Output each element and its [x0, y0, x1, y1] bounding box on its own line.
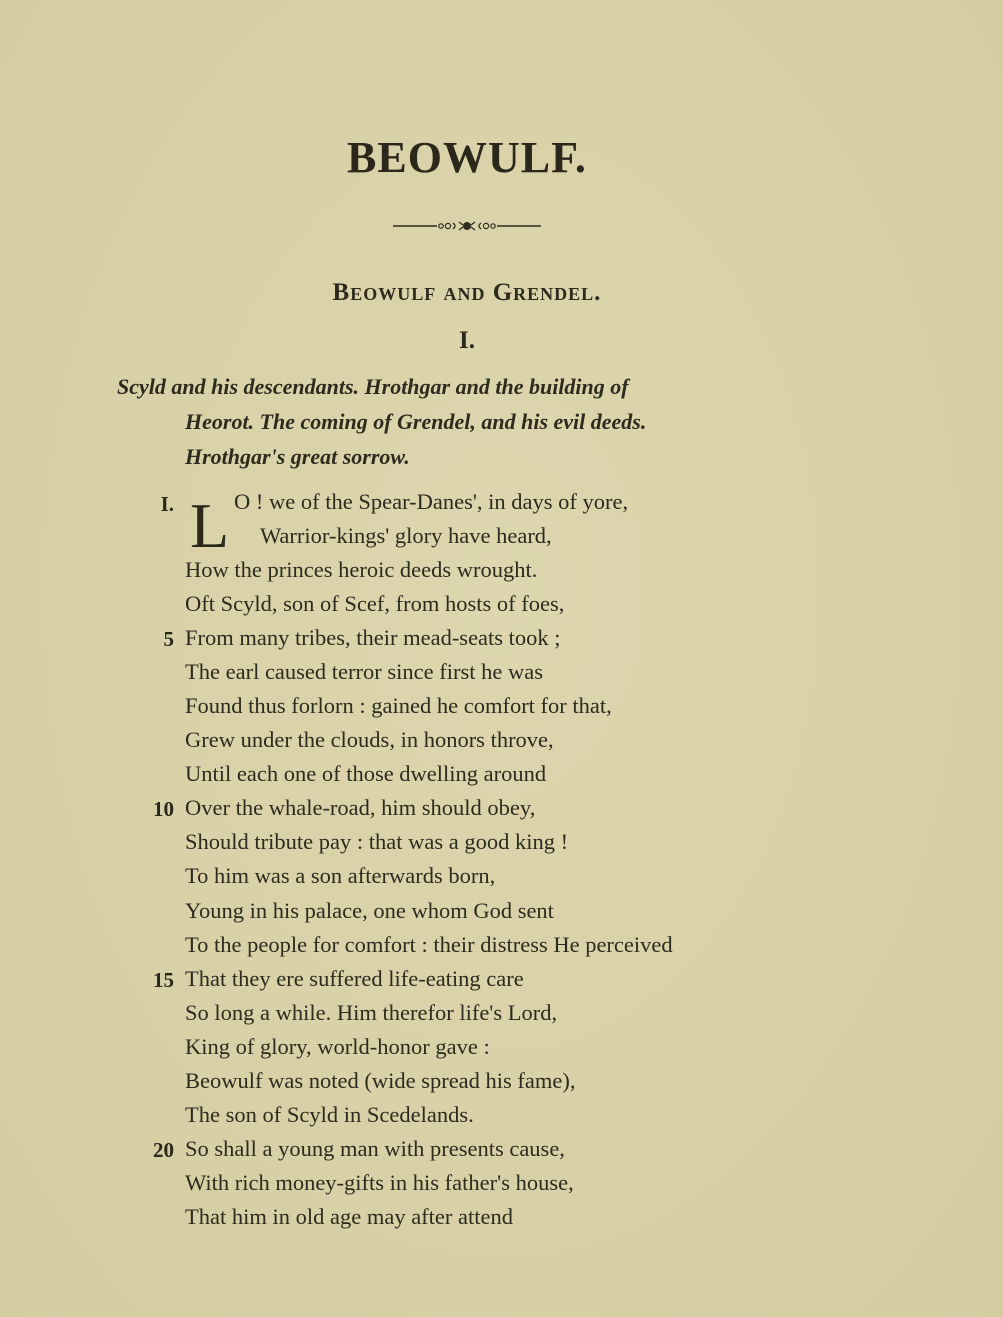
verse-line: From many tribes, their mead-seats took … — [185, 625, 561, 651]
line-number: 20 — [134, 1138, 174, 1163]
book-page: BEOWULF. Beowulf and Grendel. I. Scyld a… — [0, 0, 1003, 1317]
argument-line: Hrothgar's great sorrow. — [185, 444, 410, 470]
verse-line: To him was a son afterwards born, — [185, 863, 495, 889]
verse-line: Beowulf was noted (wide spread his fame)… — [185, 1068, 576, 1094]
chapter-heading: Beowulf and Grendel. — [0, 279, 934, 307]
drop-cap: L — [190, 494, 229, 558]
verse-line: So long a while. Him therefor life's Lor… — [185, 1000, 557, 1026]
verse-line: Young in his palace, one whom God sent — [185, 898, 554, 924]
verse-line: Grew under the clouds, in honors throve, — [185, 727, 554, 753]
verse-line: To the people for comfort : their distre… — [185, 932, 673, 958]
argument-line: Heorot. The coming of Grendel, and his e… — [185, 409, 646, 435]
argument-line: Scyld and his descendants. Hrothgar and … — [117, 374, 629, 400]
verse-line: Until each one of those dwelling around — [185, 761, 546, 787]
line-number: 15 — [134, 968, 174, 993]
verse-line: Should tribute pay : that was a good kin… — [185, 829, 568, 855]
verse-line: The son of Scyld in Scedelands. — [185, 1102, 474, 1128]
verse-line: With rich money-gifts in his father's ho… — [185, 1170, 574, 1196]
section-marker: I. — [134, 492, 174, 517]
line-number: 10 — [134, 797, 174, 822]
ornament-divider-icon — [393, 219, 541, 233]
verse-line: That they ere suffered life-eating care — [185, 966, 524, 992]
verse-line: O ! we of the Spear-Danes', in days of y… — [234, 489, 628, 515]
page-title: BEOWULF. — [0, 132, 934, 183]
verse-line: How the princes heroic deeds wrought. — [185, 557, 537, 583]
verse-line: King of glory, world-honor gave : — [185, 1034, 490, 1060]
verse-line: Oft Scyld, son of Scef, from hosts of fo… — [185, 591, 564, 617]
verse-line: That him in old age may after attend — [185, 1204, 513, 1230]
verse-line: Warrior-kings' glory have heard, — [260, 523, 552, 549]
verse-line: Found thus forlorn : gained he comfort f… — [185, 693, 612, 719]
verse-line: So shall a young man with presents cause… — [185, 1136, 565, 1162]
verse-line: Over the whale-road, him should obey, — [185, 795, 535, 821]
verse-line: The earl caused terror since first he wa… — [185, 659, 543, 685]
section-number: I. — [0, 327, 934, 355]
line-number: 5 — [134, 627, 174, 652]
